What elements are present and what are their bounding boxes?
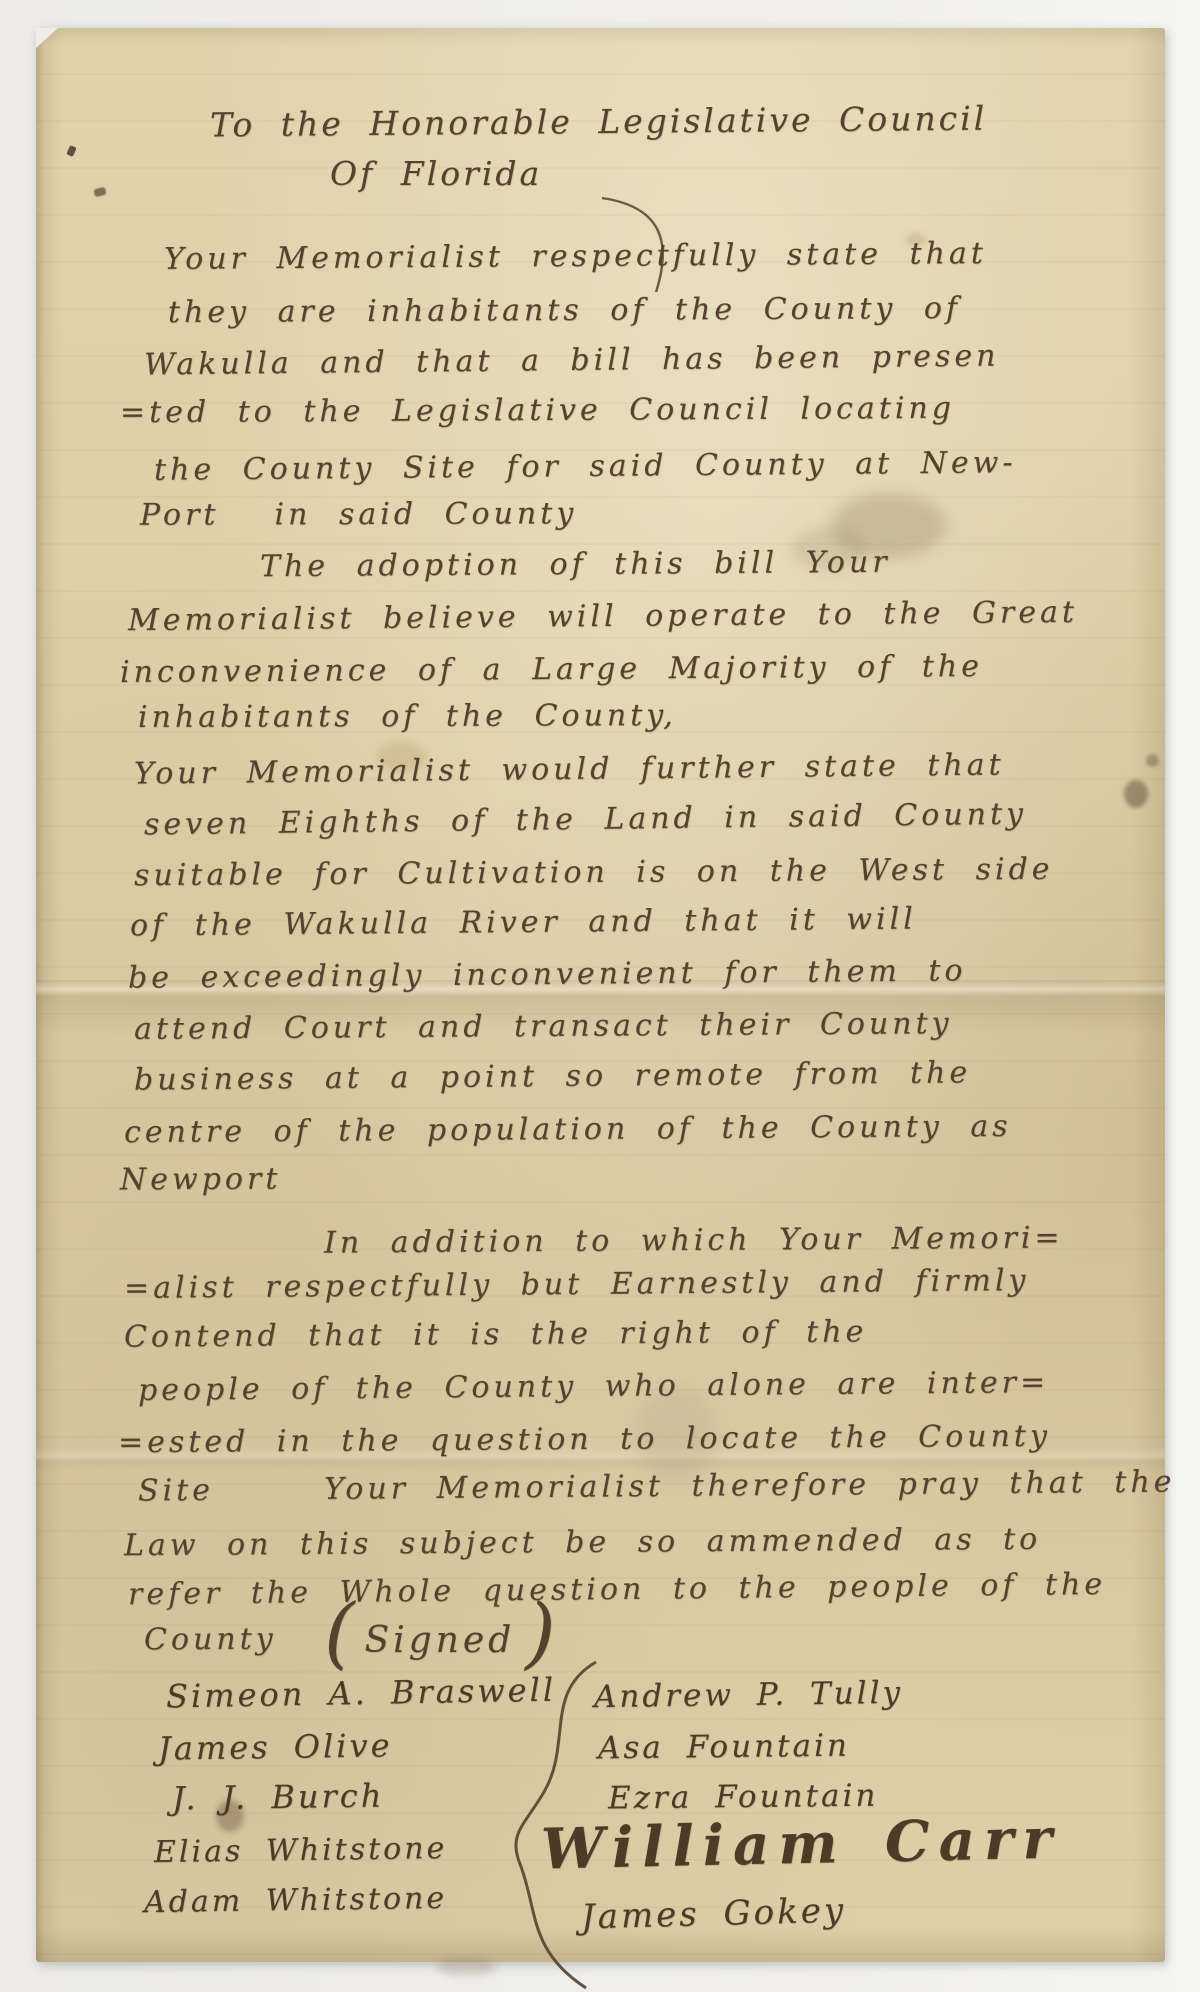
handwritten-line: suitable for Cultivation is on the West … — [134, 853, 1054, 892]
handwritten-line: inhabitants of the County, — [138, 699, 677, 734]
handwritten-line: Wakulla and that a bill has been presen — [144, 340, 1000, 382]
handwritten-line: seven Eighths of the Land in said County — [144, 798, 1027, 842]
handwritten-line: =alist respectfully but Earnestly and fi… — [124, 1264, 1030, 1305]
handwritten-line: inconvenience of a Large Majority of the — [120, 650, 983, 689]
handwritten-line: business at a point so remote from the — [134, 1056, 971, 1096]
handwritten-line: be exceedingly inconvenient for them to — [128, 954, 967, 994]
stain — [436, 1958, 496, 1976]
handwritten-line: Contend that it is the right of the — [124, 1315, 868, 1353]
handwritten-line: people of the County who alone are inter… — [138, 1366, 1049, 1407]
handwritten-line: Newport — [120, 1163, 282, 1197]
petition-heading-line2: Of Florida — [330, 156, 542, 192]
signature: Asa Fountain — [598, 1729, 850, 1766]
handwritten-line: Memorialist believe will operate to the … — [128, 596, 1078, 637]
signature: James Gokey — [581, 1893, 847, 1937]
stain — [1124, 780, 1148, 808]
signed-open-paren: ( — [324, 1594, 354, 1672]
handwritten-line: of the Wakulla River and that it will — [130, 903, 917, 943]
handwritten-line: the County Site for said County at New- — [154, 446, 1017, 487]
signed-text: Signed — [364, 1620, 515, 1661]
signature: James Olive — [158, 1728, 393, 1766]
signature: J. J. Burch — [172, 1779, 385, 1817]
handwritten-line: attend Court and transact their County — [134, 1007, 953, 1046]
handwritten-line: Law on this subject be so ammended as to — [124, 1523, 1041, 1562]
corner-fold — [36, 28, 58, 48]
petition-heading-line1: To the Honorable Legislative Council — [210, 101, 988, 144]
handwritten-line: In addition to which Your Memori= — [324, 1221, 1064, 1259]
handwritten-line: County — [144, 1623, 277, 1657]
signature: Adam Whitstone — [144, 1882, 448, 1919]
paper-sheet: To the Honorable Legislative Council Of … — [36, 28, 1165, 1962]
signature: Simeon A. Braswell — [166, 1673, 557, 1715]
handwritten-line: The adoption of this bill Your — [260, 546, 891, 583]
handwritten-line: =ested in the question to locate the Cou… — [118, 1420, 1051, 1460]
signature: Elias Whitstone — [154, 1832, 448, 1869]
handwritten-line: Port in said County — [140, 497, 577, 532]
handwritten-line: Your Memorialist respectfully state that — [164, 237, 987, 276]
handwritten-line: centre of the population of the County a… — [124, 1110, 1012, 1149]
handwritten-line: Site Your Memorialist therefore pray tha… — [138, 1465, 1176, 1507]
signature: William Carr — [540, 1809, 1061, 1881]
document-scan: To the Honorable Legislative Council Of … — [0, 0, 1200, 1992]
signature: Andrew P. Tully — [594, 1676, 903, 1714]
ink-speck — [66, 145, 77, 157]
handwritten-line: they are inhabitants of the County of — [168, 292, 961, 329]
handwritten-line: =ted to the Legislative Council locating — [120, 392, 955, 429]
handwritten-line: refer the Whole question to the people o… — [128, 1568, 1106, 1611]
ink-speck — [93, 187, 107, 198]
handwritten-line: Your Memorialist would further state tha… — [134, 748, 1005, 790]
stain — [1146, 754, 1159, 767]
